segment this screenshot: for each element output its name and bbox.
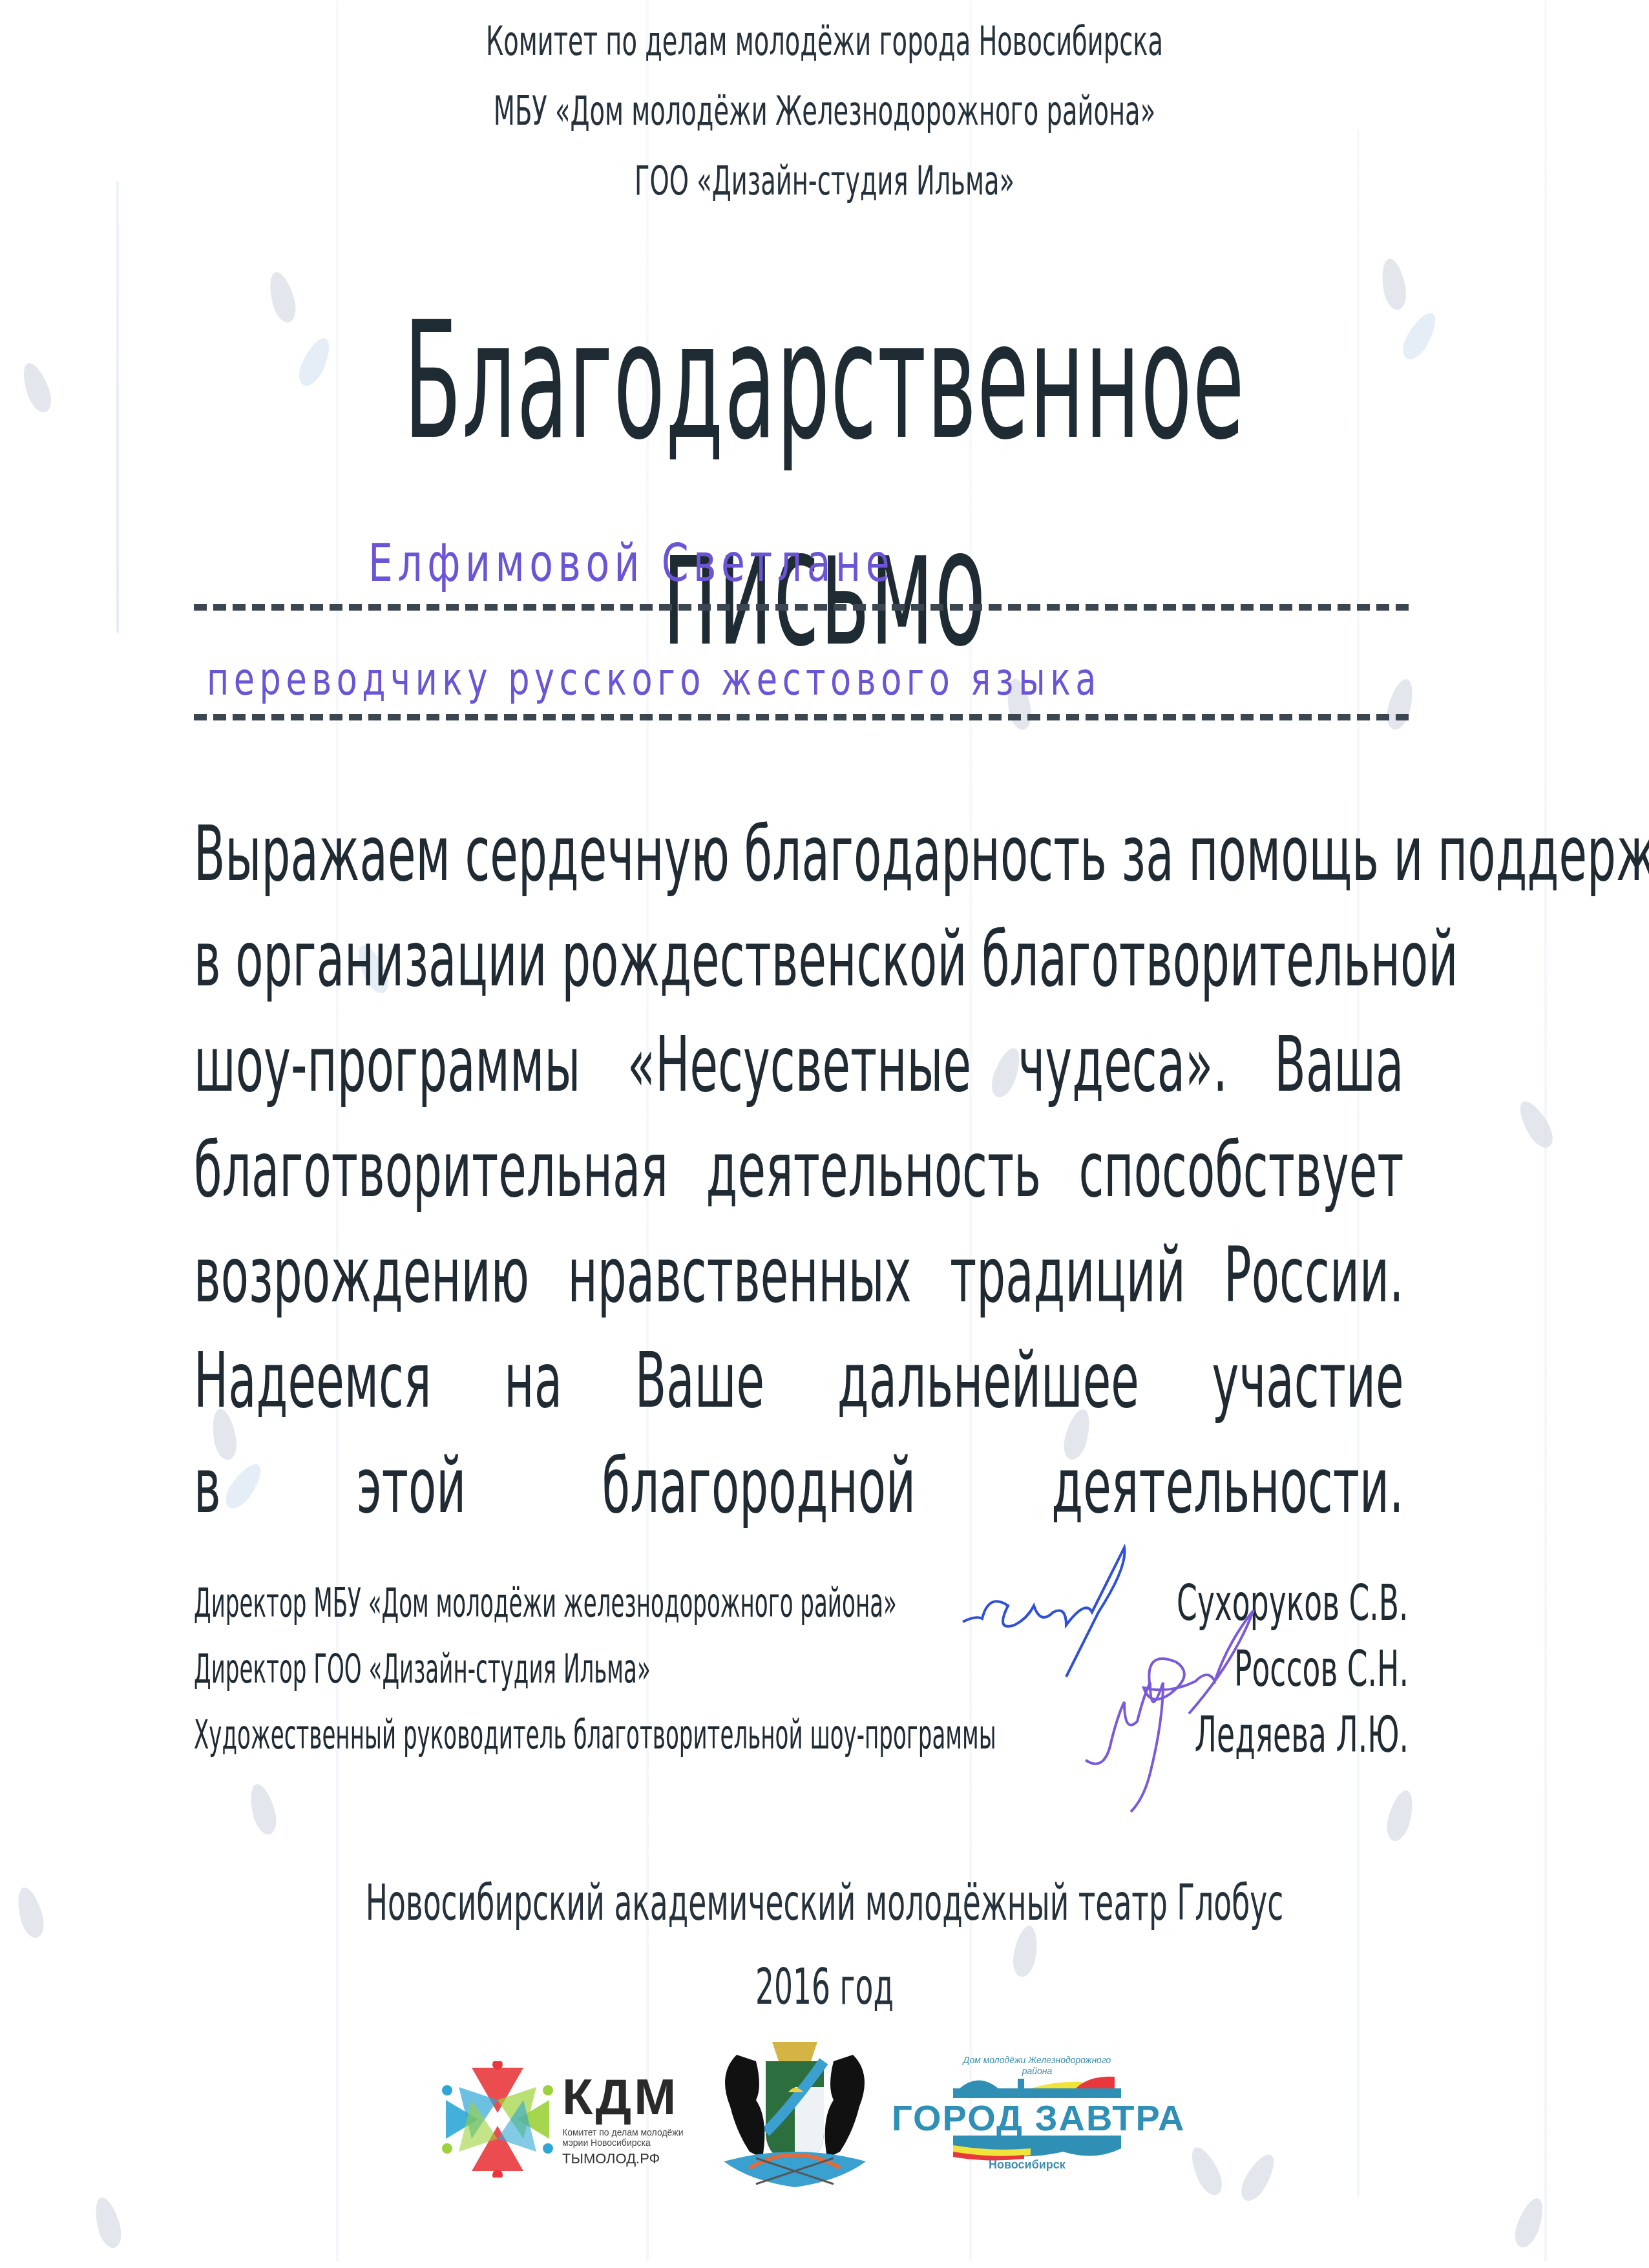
body-line: в этой благородной деятельности. [194,1433,1409,1538]
signature-icon [1073,1663,1215,1831]
header-line-youth-house: МБУ «Дом молодёжи Железнодорожного район… [313,76,1336,146]
footer: Новосибирский академический молодёжный т… [0,1861,1649,2029]
document-title: Благодарственное письмо [0,278,1649,691]
gratitude-body: Выражаем сердечную благодарность за помо… [194,801,1409,1538]
signatory-role: Директор ГОО «Дизайн-студия Ильма» [194,1636,651,1702]
document-title-text: Благодарственное письмо [395,278,1253,691]
body-line: Надеемся на Ваше дальнейшее участие [194,1328,1409,1433]
header-line-design-studio: ГОО «Дизайн-студия Ильма» [313,146,1336,216]
body-line: возрождению нравственных традиций России… [194,1223,1409,1328]
recipient-role: переводчику русского жестового языка [207,653,1101,706]
header-line-committee: Комитет по делам молодёжи города Новосиб… [313,6,1336,76]
city-skyline-icon [953,2075,1121,2098]
kdm-url: ТЫМОЛОД.РФ [562,2150,660,2167]
kdm-title: КДМ [562,2068,678,2126]
city-reflection-icon [953,2136,1121,2161]
recipient-name: Елфимовой Светлане [368,533,894,593]
kdm-subtitle: Комитет по делам молодёжи мэрии Новосиби… [562,2127,685,2148]
novosibirsk-coat-of-arms-icon [711,2035,879,2210]
organizations-header: Комитет по делам молодёжи города Новосиб… [0,6,1649,216]
footer-venue: Новосибирский академический молодёжный т… [330,1861,1319,1945]
body-line: шоу-программы «Несусветные чудеса». Ваша [194,1012,1409,1117]
signatories-block: Директор МБУ «Дом молодёжи железнодорожн… [194,1570,1409,1768]
signatory-role: Директор МБУ «Дом молодёжи железнодорожн… [194,1570,897,1636]
signatory-row: Директор ГОО «Дизайн-студия Ильма» Россо… [194,1636,1409,1702]
footer-year: 2016 год [330,1945,1319,2029]
gorod-zavtra-subtitle: Дом молодёжи Железнодорожного района [953,2055,1121,2077]
body-line: благотворительная деятельность способств… [194,1117,1409,1223]
gorod-zavtra-title: ГОРОД ЗАВТРА [892,2097,1185,2139]
kdm-logo: КДМ Комитет по делам молодёжи мэрии Ново… [433,2055,724,2210]
signatory-name: Россов С.Н. [1234,1636,1409,1702]
gorod-zavtra-city: Новосибирск [989,2158,1066,2172]
kdm-star-icon [439,2061,556,2178]
coat-of-arms-logo [711,2035,879,2210]
signatory-role: Художественный руководитель благотворите… [194,1702,996,1768]
partner-logos: КДМ Комитет по делам молодёжи мэрии Ново… [0,2055,1649,2210]
body-line: Выражаем сердечную благодарность за помо… [194,801,1409,907]
signatory-name: Ледяева Л.Ю. [1195,1702,1409,1768]
body-line: в организации рождественской благотворит… [194,907,1409,1012]
signatory-row: Художественный руководитель благотворите… [194,1702,1409,1768]
gorod-zavtra-logo: Дом молодёжи Железнодорожного района ГОР… [892,2055,1189,2197]
